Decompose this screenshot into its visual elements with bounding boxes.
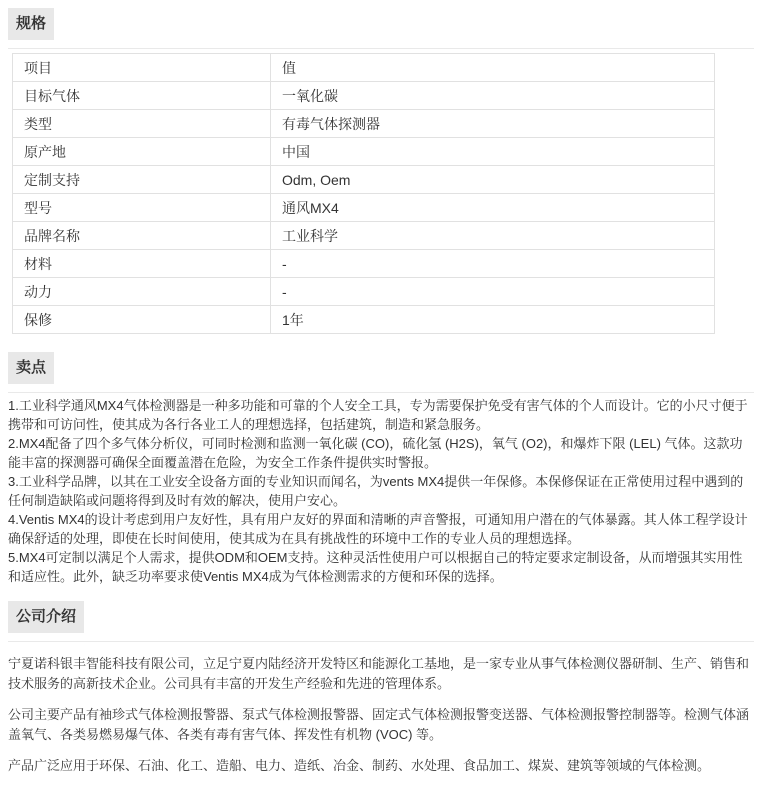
spec-value-cell: 有毒气体探测器 [271, 110, 715, 138]
spec-item-cell: 型号 [13, 194, 271, 222]
section-specs: 规格 项目 值 目标气体 一氧化碳 类型 有毒气体探测器 [8, 8, 764, 334]
specs-title-badge: 规格 [8, 8, 54, 40]
section-company-intro: 公司介绍 宁夏诺科银丰智能科技有限公司，立足宁夏内陆经济开发特区和能源化工基地，… [8, 601, 764, 776]
company-intro-header: 公司介绍 [8, 601, 754, 642]
spec-item-cell: 定制支持 [13, 166, 271, 194]
spec-value-cell: - [271, 278, 715, 306]
spec-value-cell: - [271, 250, 715, 278]
selling-point-item: 2.MX4配备了四个多气体分析仪，可同时检测和监测一氧化碳 (CO)，硫化氢 (… [8, 434, 754, 472]
spec-table: 项目 值 目标气体 一氧化碳 类型 有毒气体探测器 原产地 中国 [12, 53, 715, 334]
selling-points-header: 卖点 [8, 352, 754, 393]
product-detail-page: 规格 项目 值 目标气体 一氧化碳 类型 有毒气体探测器 [0, 0, 772, 786]
spec-item-cell: 动力 [13, 278, 271, 306]
spec-table-header-row: 项目 值 [13, 54, 715, 82]
selling-point-item: 4.Ventis MX4的设计考虑到用户友好性，具有用户友好的界面和清晰的声音警… [8, 510, 754, 548]
spec-item-cell: 材料 [13, 250, 271, 278]
selling-points-title-badge: 卖点 [8, 352, 54, 384]
company-paragraph: 公司主要产品有袖珍式气体检测报警器、泵式气体检测报警器、固定式气体检测报警变送器… [8, 705, 754, 744]
table-row: 类型 有毒气体探测器 [13, 110, 715, 138]
spec-header-value-cell: 值 [271, 54, 715, 82]
spec-item-cell: 原产地 [13, 138, 271, 166]
company-paragraph: 产品广泛应用于环保、石油、化工、造船、电力、造纸、冶金、制药、水处理、食品加工、… [8, 756, 754, 776]
spec-item-cell: 目标气体 [13, 82, 271, 110]
selling-point-item: 1.工业科学通风MX4气体检测器是一种多功能和可靠的个人安全工具，专为需要保护免… [8, 396, 754, 434]
table-row: 目标气体 一氧化碳 [13, 82, 715, 110]
spec-value-cell: 工业科学 [271, 222, 715, 250]
selling-point-item: 5.MX4可定制以满足个人需求，提供ODM和OEM支持。这种灵活性使用户可以根据… [8, 548, 754, 586]
spec-value-cell: 一氧化碳 [271, 82, 715, 110]
table-row: 动力 - [13, 278, 715, 306]
company-paragraph: 宁夏诺科银丰智能科技有限公司，立足宁夏内陆经济开发特区和能源化工基地，是一家专业… [8, 654, 754, 693]
spec-value-cell: 1年 [271, 306, 715, 334]
content-container: 规格 项目 值 目标气体 一氧化碳 类型 有毒气体探测器 [0, 0, 772, 786]
spec-value-cell: 中国 [271, 138, 715, 166]
spec-header-item-cell: 项目 [13, 54, 271, 82]
company-intro-paragraphs: 宁夏诺科银丰智能科技有限公司，立足宁夏内陆经济开发特区和能源化工基地，是一家专业… [8, 654, 764, 776]
table-row: 型号 通风MX4 [13, 194, 715, 222]
specs-header: 规格 [8, 8, 754, 49]
company-intro-title-badge: 公司介绍 [8, 601, 84, 633]
section-selling-points: 卖点 1.工业科学通风MX4气体检测器是一种多功能和可靠的个人安全工具，专为需要… [8, 352, 764, 586]
spec-item-cell: 保修 [13, 306, 271, 334]
spec-value-cell: 通风MX4 [271, 194, 715, 222]
table-row: 品牌名称 工业科学 [13, 222, 715, 250]
table-row: 原产地 中国 [13, 138, 715, 166]
table-row: 定制支持 Odm, Oem [13, 166, 715, 194]
table-row: 保修 1年 [13, 306, 715, 334]
selling-point-item: 3.工业科学品牌，以其在工业安全设备方面的专业知识而闻名，为vents MX4提… [8, 472, 754, 510]
table-row: 材料 - [13, 250, 715, 278]
spec-item-cell: 类型 [13, 110, 271, 138]
spec-item-cell: 品牌名称 [13, 222, 271, 250]
selling-points-list: 1.工业科学通风MX4气体检测器是一种多功能和可靠的个人安全工具，专为需要保护免… [8, 396, 764, 586]
spec-value-cell: Odm, Oem [271, 166, 715, 194]
